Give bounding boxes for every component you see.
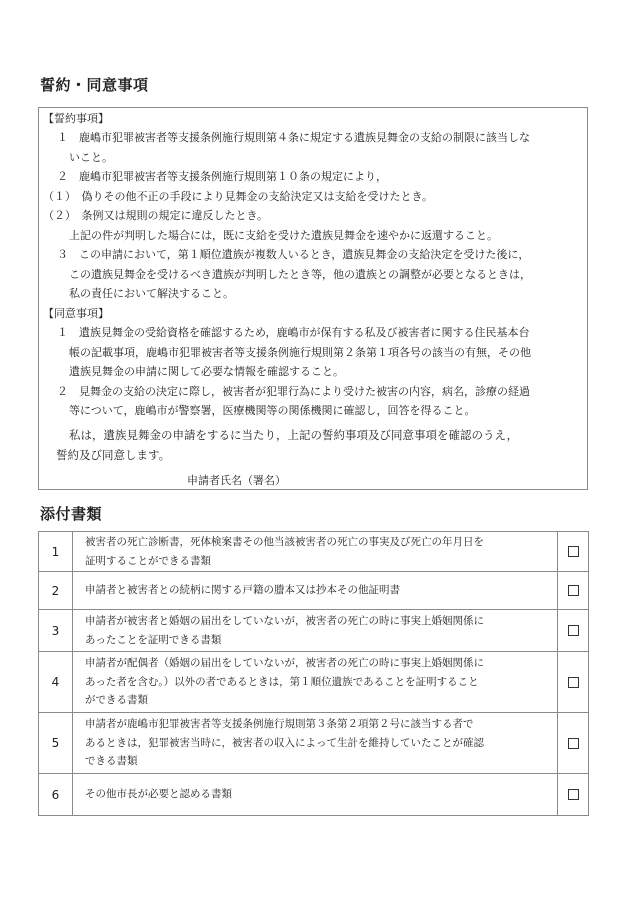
description-line: 申請者と被害者との続柄に関する戸籍の謄本又は抄本その他証明書 — [85, 581, 557, 600]
consent-line: ２ 見舞金の支給の決定に際し，被害者が犯罪行為により受けた被害の内容，病名，診療… — [57, 382, 530, 402]
signature-label: 申請者氏名（署名） — [187, 474, 286, 487]
checkbox[interactable] — [568, 677, 579, 688]
description-line: あった者を含む。）以外の者であるときは，第１順位遺族であることを証明すること — [85, 673, 557, 692]
row-description: その他市長が必要と認める書類 — [73, 774, 558, 816]
checkbox-cell — [558, 713, 589, 774]
consent-line: 遺族見舞金の申請に関して必要な情報を確認すること。 — [69, 362, 344, 382]
checkbox[interactable] — [568, 585, 579, 596]
description-line: できる書類 — [85, 752, 557, 771]
pledge-line: （２） 条例又は規則の規定に違反したとき。 — [43, 206, 268, 226]
description-line: 申請者が被害者と婚姻の届出をしていないが，被害者の死亡の時に事実上婚姻関係に — [85, 612, 557, 631]
checkbox-cell — [558, 774, 589, 816]
pledge-consent-title: 誓約・同意事項 — [40, 74, 149, 95]
description-line: あるときは，犯罪被害当時に，被害者の収入によって生計を維持していたことが確認 — [85, 734, 557, 753]
attachments-table: 1 被害者の死亡診断書，死体検案書その他当該被害者の死亡の事実及び死亡の年月日を… — [38, 531, 589, 816]
pledge-heading: 【誓約事項】 — [43, 109, 109, 129]
checkbox[interactable] — [568, 789, 579, 800]
consent-line: １ 遺族見舞金の受給資格を確認するため，鹿嶋市が保有する私及び被害者に関する住民… — [57, 323, 530, 343]
description-line: ができる書類 — [85, 691, 557, 710]
row-number: 4 — [39, 652, 73, 713]
pledge-line: ２ 鹿嶋市犯罪被害者等支援条例施行規則第１０条の規定により， — [57, 167, 387, 187]
checkbox-cell — [558, 532, 589, 572]
row-number: 2 — [39, 572, 73, 610]
row-description: 申請者が配偶者（婚姻の届出をしていないが，被害者の死亡の時に事実上婚姻関係に あ… — [73, 652, 558, 713]
pledge-line: （１） 偽りその他不正の手段により見舞金の支給決定又は支給を受けたとき。 — [43, 187, 433, 207]
consent-heading: 【同意事項】 — [43, 304, 109, 324]
consent-line: 等について，鹿嶋市が警察署，医療機関等の関係機関に確認し，回答を得ること。 — [69, 401, 476, 421]
pledge-line: 私の責任において解決すること。 — [69, 284, 234, 304]
pledge-line: いこと。 — [69, 148, 113, 168]
checkbox-cell — [558, 652, 589, 713]
description-line: 申請者が配偶者（婚姻の届出をしていないが，被害者の死亡の時に事実上婚姻関係に — [85, 654, 557, 673]
pledge-consent-box: 【誓約事項】 １ 鹿嶋市犯罪被害者等支援条例施行規則第４条に規定する遺族見舞金の… — [38, 107, 588, 490]
consent-line: 帳の記載事項，鹿嶋市犯罪被害者等支援条例施行規則第２条第１項各号の該当の有無，そ… — [69, 343, 531, 363]
declaration-line: 私は，遺族見舞金の申請をするに当たり，上記の誓約事項及び同意事項を確認のうえ， — [69, 426, 518, 446]
table-row: 4 申請者が配偶者（婚姻の届出をしていないが，被害者の死亡の時に事実上婚姻関係に… — [39, 652, 589, 713]
table-row: 3 申請者が被害者と婚姻の届出をしていないが，被害者の死亡の時に事実上婚姻関係に… — [39, 610, 589, 652]
table-row: 2 申請者と被害者との続柄に関する戸籍の謄本又は抄本その他証明書 — [39, 572, 589, 610]
description-line: 証明することができる書類 — [85, 552, 557, 571]
declaration-line: 誓約及び同意します。 — [56, 446, 170, 466]
row-description: 申請者が被害者と婚姻の届出をしていないが，被害者の死亡の時に事実上婚姻関係に あ… — [73, 610, 558, 652]
description-line: 申請者が鹿嶋市犯罪被害者等支援条例施行規則第３条第２項第２号に該当する者で — [85, 715, 557, 734]
description-line: あったことを証明できる書類 — [85, 631, 557, 650]
pledge-line: ３ この申請において，第１順位遺族が複数人いるとき，遺族見舞金の支給決定を受けた… — [57, 245, 529, 265]
pledge-line: この遺族見舞金を受けるべき遺族が判明したとき等，他の遺族との調整が必要となるとき… — [69, 265, 531, 285]
description-line: 被害者の死亡診断書，死体検案書その他当該被害者の死亡の事実及び死亡の年月日を — [85, 533, 557, 552]
row-description: 申請者が鹿嶋市犯罪被害者等支援条例施行規則第３条第２項第２号に該当する者で ある… — [73, 713, 558, 774]
pledge-line: １ 鹿嶋市犯罪被害者等支援条例施行規則第４条に規定する遺族見舞金の支給の制限に該… — [57, 128, 530, 148]
row-number: 1 — [39, 532, 73, 572]
row-number: 5 — [39, 713, 73, 774]
row-description: 被害者の死亡診断書，死体検案書その他当該被害者の死亡の事実及び死亡の年月日を 証… — [73, 532, 558, 572]
table-row: 1 被害者の死亡診断書，死体検案書その他当該被害者の死亡の事実及び死亡の年月日を… — [39, 532, 589, 572]
checkbox-cell — [558, 610, 589, 652]
attachments-title: 添付書類 — [40, 503, 102, 524]
table-row: 6 その他市長が必要と認める書類 — [39, 774, 589, 816]
row-number: 6 — [39, 774, 73, 816]
checkbox-cell — [558, 572, 589, 610]
checkbox[interactable] — [568, 625, 579, 636]
row-description: 申請者と被害者との続柄に関する戸籍の謄本又は抄本その他証明書 — [73, 572, 558, 610]
checkbox[interactable] — [568, 546, 579, 557]
checkbox[interactable] — [568, 738, 579, 749]
row-number: 3 — [39, 610, 73, 652]
pledge-line: 上記の件が判明した場合には，既に支給を受けた遺族見舞金を速やかに返還すること。 — [69, 226, 498, 246]
signature-field[interactable]: 申請者氏名（署名） — [187, 472, 551, 490]
description-line: その他市長が必要と認める書類 — [85, 785, 557, 804]
table-row: 5 申請者が鹿嶋市犯罪被害者等支援条例施行規則第３条第２項第２号に該当する者で … — [39, 713, 589, 774]
